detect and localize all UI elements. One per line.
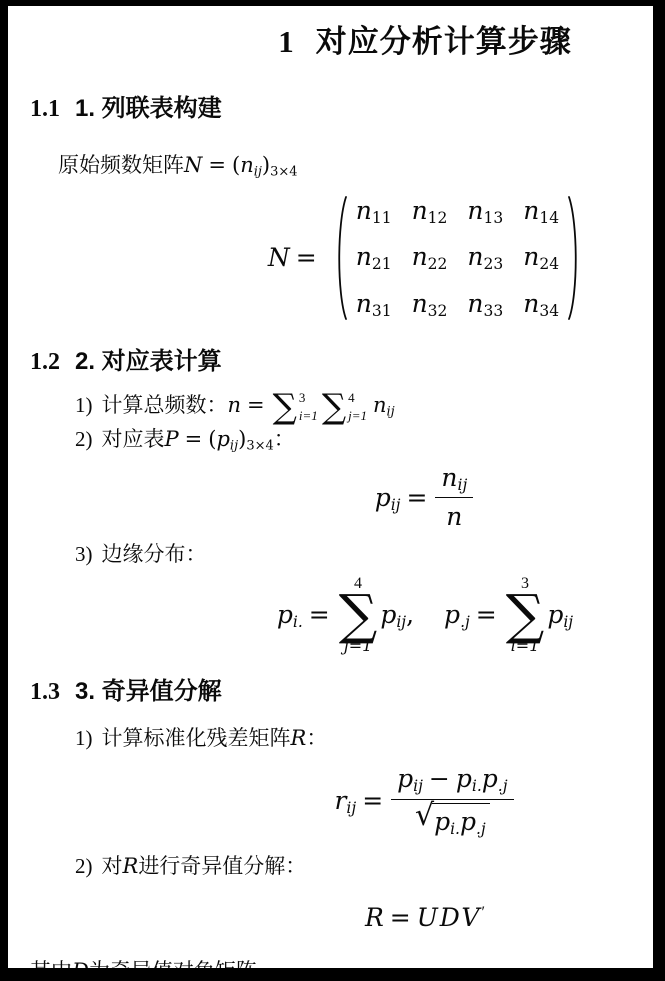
matrix-cell: n33: [467, 291, 503, 318]
prime-mark: ′: [481, 903, 485, 921]
matrix-cell: n24: [523, 244, 559, 271]
equation-lhs: p.j=: [444, 599, 503, 631]
math-subscript: ij: [230, 438, 238, 453]
equation-svd: R=UDV′: [30, 901, 665, 934]
display-sum-i: 3∑i=1: [506, 575, 545, 656]
math-var-R: R: [291, 726, 307, 750]
equation-pij: pij=nijn: [30, 462, 665, 534]
subsection-heading-1-3: 1.3 3. 奇异值分解: [30, 678, 222, 707]
item-label: 2): [75, 854, 93, 878]
sum-icon: ∑: [273, 392, 297, 423]
item-text: 进行奇异值分解：: [138, 854, 306, 878]
section-title: 1 对应分析计算步骤: [30, 22, 665, 62]
equals-sign: =: [406, 483, 427, 512]
equals-sign: =: [208, 153, 226, 177]
equation-rij: rij=pij−pi.p.j√pi.p.j: [30, 763, 665, 838]
equals-sign: =: [476, 600, 497, 629]
minus-sign: −: [429, 764, 450, 793]
matrix-dims-subscript: 3×4: [246, 438, 273, 453]
item-text: 计算标准化残差矩阵: [102, 726, 291, 750]
matrix-right-paren: [567, 194, 582, 322]
matrix-cell: n12: [412, 198, 448, 225]
subsection-text: 3. 奇异值分解: [75, 678, 222, 707]
item-text: 计算总频数：: [102, 393, 228, 417]
math-var-P: P: [165, 427, 179, 451]
equation-marginal: pi.=4∑j=1pij,p.j=3∑i=1pij: [30, 575, 665, 656]
math-var-R: R: [365, 903, 384, 932]
item-text: 对应表: [102, 427, 165, 451]
math-var-UDV: UDV: [417, 903, 482, 932]
list-item-total-frequency: 1)计算总频数：n=∑3i=1∑4j=1nij: [75, 389, 395, 423]
equals-sign: =: [362, 786, 383, 815]
inline-sum-i: ∑3i=1: [273, 391, 318, 423]
section-title-number: 1: [278, 22, 294, 62]
matrix-cell: n14: [523, 198, 559, 225]
matrix-lhs: N=: [268, 242, 323, 274]
subsection-number: 1.1: [30, 95, 60, 124]
item-colon: ：: [306, 726, 327, 750]
section-title-text: 对应分析计算步骤: [316, 22, 572, 62]
step-list: 3)边缘分布：: [30, 538, 207, 571]
item-label: 1): [75, 726, 93, 750]
matrix-cell: n11: [356, 198, 392, 225]
open-paren: (: [232, 153, 240, 177]
closing-paragraph: 其中D为奇异值对角矩阵。: [30, 956, 278, 981]
matrix-cells: n11 n12 n13 n14 n21 n22 n23 n24 n31 n32 …: [348, 196, 567, 320]
matrix-left-paren: [333, 194, 348, 322]
fraction-numerator: pij−pi.p.j: [391, 763, 513, 798]
matrix-equation: N= n11 n12 n13 n14 n21 n22 n23 n24 n31 n…: [30, 194, 665, 322]
matrix-cell: n13: [467, 198, 503, 225]
equals-sign: =: [309, 600, 330, 629]
list-item-svd: 2)对R进行奇异值分解：: [75, 850, 306, 883]
intro-lead-text: 原始频数矩阵: [58, 153, 184, 177]
square-root: √pi.p.j: [415, 803, 490, 838]
matrix-cell: n34: [523, 291, 559, 318]
intro-paragraph: 原始频数矩阵N=(nij)3×4: [30, 150, 298, 180]
math-subscript: ij: [387, 404, 395, 419]
radical-icon: √: [415, 801, 434, 831]
step-list: 1)计算标准化残差矩阵R：: [30, 722, 327, 755]
step-list: 1)计算总频数：n=∑3i=1∑4j=1nij 2)对应表P=(pij)3×4：: [30, 389, 395, 456]
item-label: 2): [75, 427, 93, 451]
math-subscript: ij: [254, 164, 262, 179]
math-var-n: n: [373, 393, 387, 417]
list-item-residual-matrix: 1)计算标准化残差矩阵R：: [75, 722, 327, 755]
matrix-cell: n22: [412, 244, 448, 271]
subsection-number: 1.3: [30, 678, 60, 707]
item-label: 1): [75, 393, 93, 417]
math-var-p: p: [216, 427, 229, 451]
equation-rhs: pij: [547, 599, 573, 631]
equals-sign: =: [296, 243, 317, 272]
matrix-cell: n32: [412, 291, 448, 318]
subsection-text: 1. 列联表构建: [75, 95, 222, 124]
document-content: 1 对应分析计算步骤 1.1 1. 列联表构建 原始频数矩阵N=(nij)3×4…: [8, 6, 653, 981]
equation-lhs: rij=: [334, 785, 389, 817]
list-item-correspondence-table: 2)对应表P=(pij)3×4：: [75, 423, 395, 456]
fraction: nijn: [435, 462, 473, 534]
fraction: pij−pi.p.j√pi.p.j: [391, 763, 513, 838]
fraction-numerator: nij: [435, 462, 473, 497]
item-label: 3): [75, 542, 93, 566]
sum-icon: ∑: [339, 593, 378, 637]
equation-lhs: pij=: [375, 482, 434, 514]
equals-sign: =: [390, 903, 411, 932]
step-list: 2)对R进行奇异值分解：: [30, 850, 306, 883]
matrix: n11 n12 n13 n14 n21 n22 n23 n24 n31 n32 …: [333, 194, 582, 322]
math-var-n: n: [240, 153, 254, 177]
equals-sign: =: [185, 427, 203, 451]
subsection-heading-1-1: 1.1 1. 列联表构建: [30, 95, 222, 124]
math-var-R: R: [123, 854, 139, 878]
inline-sum-j: ∑4j=1: [322, 391, 367, 423]
sum-icon: ∑: [506, 593, 545, 637]
document-page: 1 对应分析计算步骤 1.1 1. 列联表构建 原始频数矩阵N=(nij)3×4…: [0, 0, 665, 981]
equation-lhs: pi.=: [277, 599, 336, 631]
item-text: 对: [102, 854, 123, 878]
subsection-number: 1.2: [30, 348, 60, 377]
item-text: 边缘分布：: [102, 542, 207, 566]
matrix-cell: n21: [356, 244, 392, 271]
matrix-dims-subscript: 3×4: [270, 164, 297, 179]
matrix-cell: n23: [467, 244, 503, 271]
matrix-cell: n31: [356, 291, 392, 318]
equation-rhs: pij,: [380, 599, 414, 631]
math-var-N: N: [268, 243, 290, 272]
display-sum-j: 4∑j=1: [339, 575, 378, 656]
item-colon: ：: [274, 427, 295, 451]
math-var-D: D: [72, 959, 89, 981]
list-item-marginal-distribution: 3)边缘分布：: [75, 538, 207, 571]
equals-sign: =: [247, 393, 265, 417]
close-paren: ): [262, 153, 270, 177]
sum-icon: ∑: [322, 392, 346, 423]
fraction-denominator: n: [435, 497, 473, 533]
math-var-n: n: [228, 393, 242, 417]
closing-lead: 其中: [30, 959, 72, 981]
math-var-N: N: [184, 153, 202, 177]
fraction-denominator: √pi.p.j: [391, 799, 513, 838]
closing-tail: 为奇异值对角矩阵。: [89, 959, 278, 981]
subsection-heading-1-2: 1.2 2. 对应表计算: [30, 348, 222, 377]
subsection-text: 2. 对应表计算: [75, 348, 222, 377]
